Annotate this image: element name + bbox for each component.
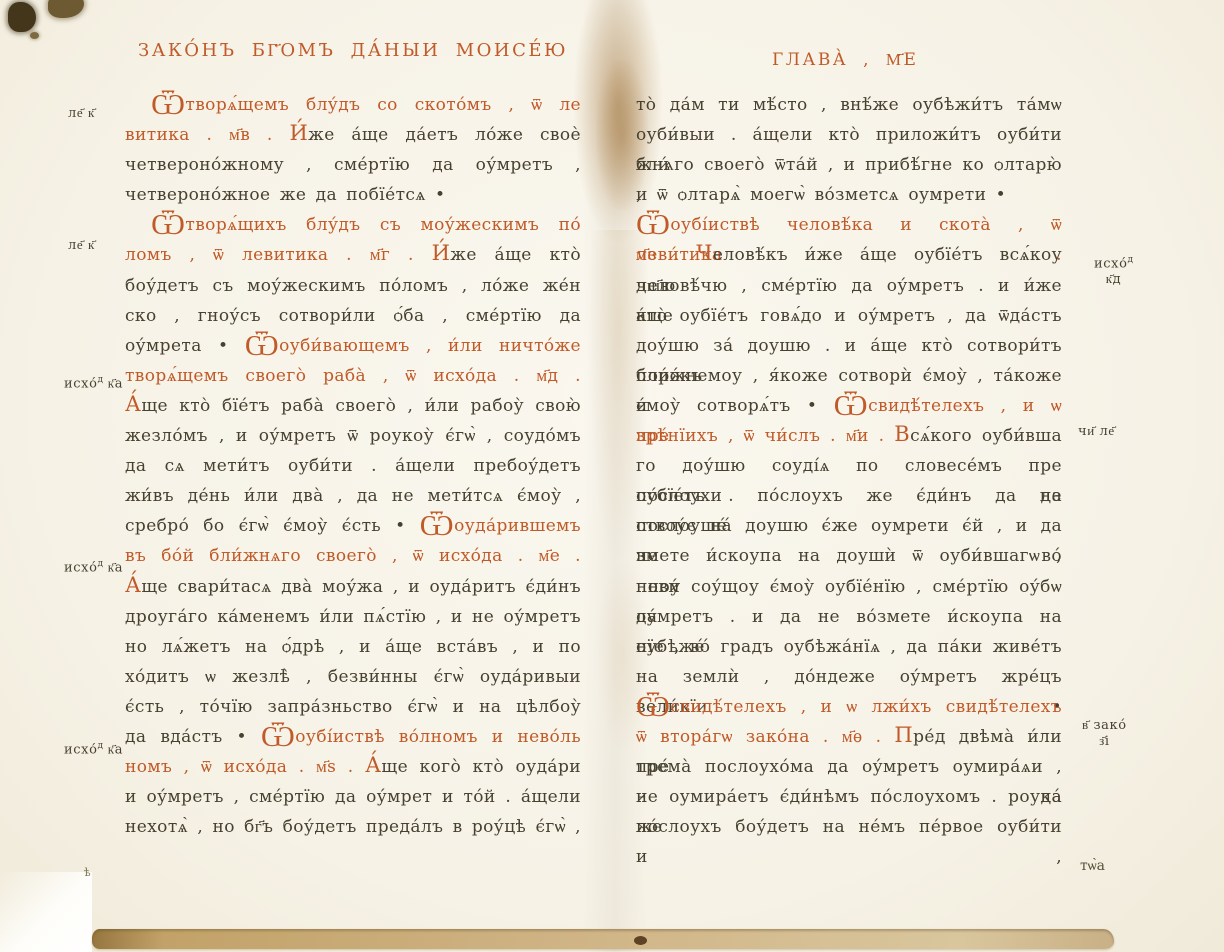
text-line: ломъ , ѿ левитика . м҃г . И́же а́ще кто̀ <box>125 240 581 270</box>
text-segment: А́ <box>365 753 381 777</box>
text-line: номъ , ѿ исхо́да . м҃ѕ . А́ще кого̀ кто̀… <box>125 752 581 782</box>
text-segment: и оу́мретъ , сме́ртїю да оу́мрет и то́й … <box>125 787 581 807</box>
text-line: на землѝ , до́ндеже оу́мретъ жре́цъ вели… <box>636 662 1062 692</box>
text-line: зрѣ́нїихъ , ѿ чи́слъ . м҃и . Всѧ́кого оу… <box>636 421 1062 451</box>
text-segment: П <box>894 723 913 747</box>
text-line: А́ще кто̀ бїе́тъ раба̀ своего̀ , и́ли ра… <box>125 391 581 421</box>
text-segment: в҃ зако́ <box>1082 718 1127 733</box>
margin-note-left: ле҃ к҃ <box>68 238 95 254</box>
text-line: ѿ втора́гѡ зако́на . м҃ѳ . Пре́д двѣма̀ … <box>636 722 1062 752</box>
text-line: ствоу́є на́ доушю є́же оумрети є́й , и д… <box>636 511 1062 541</box>
text-segment: зрѣ́нїихъ , ѿ чи́слъ . м҃и . <box>636 426 894 446</box>
text-line: оу́мрета • Ѿоуби́вающемъ , и́ли ничто́же <box>125 331 581 361</box>
text-line: трема̀ послоухо́ма да оу́мретъ оумира́ѧи… <box>636 752 1062 782</box>
left-running-title: ЗАКО́НЪ БГ҃ОМЪ ДА́НЫИ МОИСЕ́Ю <box>125 40 581 61</box>
text-segment: ѿ втора́гѡ зако́на . м҃ѳ . <box>636 727 894 747</box>
text-segment: же а́ще кто̀ <box>450 245 581 265</box>
text-segment: є́моу̀ сотворѧ́тъ • <box>636 396 834 416</box>
text-segment: хо́дитъ ѡ жезлѣ̀ , безви́нны є́гѡ̀ оуда́… <box>125 667 581 687</box>
rubric-drop-cap: Ѿ <box>420 508 454 542</box>
text-segment: оу́мрета • <box>125 336 245 356</box>
text-line: творѧ́щемъ своего̀ раба̀ , ѿ исхо́да . м… <box>125 361 581 391</box>
text-segment: творѧ́щемъ блу́дъ со ското́мъ , ѿ ле <box>185 95 581 115</box>
text-segment: четвероно́жное же да побїе́тсѧ • <box>125 185 445 205</box>
text-segment: к҃а <box>103 376 123 391</box>
text-segment: номъ , ѿ исхо́да . м҃ѕ . <box>125 757 365 777</box>
margin-note-line: з҃і <box>1082 734 1127 750</box>
margin-note-line: в҃ зако́ <box>1082 718 1127 734</box>
text-line: жезло́мъ , и оу́мретъ ѿ роукоу̀ є́гѡ̀ , … <box>125 421 581 451</box>
text-line: є́моу̀ сотворѧ́тъ • Ѿсвидѣ́телехъ , и ѡ … <box>636 391 1062 421</box>
right-text-column: то̀ да́м ти мѣ́сто , внѣ́же оубѣжи́тъ та… <box>636 90 1062 842</box>
rubric-drop-cap: Ѿ <box>636 207 670 241</box>
margin-note-line: ле҃ к҃ <box>68 106 95 122</box>
text-line: то̀ да́м ти мѣ́сто , внѣ́же оубѣжи́тъ та… <box>636 90 1062 120</box>
text-line: человѣ́чю , сме́ртїю да оу́мретъ . и и́ж… <box>636 271 1062 301</box>
text-line: хо́дитъ ѡ жезлѣ̀ , безви́нны є́гѡ̀ оуда́… <box>125 662 581 692</box>
text-line: кто̀ оубїе́тъ говѧ́до и оу́мретъ , да ѿд… <box>636 301 1062 331</box>
margin-note-right: чи҃ ле҃ <box>1078 424 1115 440</box>
rubric-drop-cap: Ѿ <box>151 87 185 121</box>
text-line: жнѧго своего̀ ѿта́й , и прибѣ́гне ко ѻлт… <box>636 150 1062 180</box>
text-segment: исхо́ <box>64 560 98 575</box>
text-line: доу́шю за́ доушю . и а́ще кто̀ сотвори́т… <box>636 331 1062 361</box>
text-line: змете и́скоупа на доушѝ ѿ оуби́вшагѡ , п… <box>636 541 1062 571</box>
text-line: Ѿсвидѣ́телехъ , и ѡ лжи́хъ свидѣ́телехъ <box>636 692 1062 722</box>
text-segment: исхо́ <box>64 742 98 757</box>
margin-note-line: исхо́д <box>1094 252 1133 272</box>
text-segment: же а́ще да́етъ ло́же своѐ <box>308 125 581 145</box>
text-segment: дроуга́го ка́менемъ и́ли пѧ́стїю , и не … <box>125 607 581 627</box>
text-segment: ще свари́тасѧ два̀ моу́жа , и оуда́ритъ … <box>141 577 581 597</box>
text-line: боу́детъ съ моу́жескимъ по́ломъ , ло́же … <box>125 271 581 301</box>
text-segment: свидѣ́телехъ , и ѡ лжи́хъ свидѣ́телехъ <box>670 697 1062 717</box>
margin-note-left: ле҃ к҃ <box>68 106 95 122</box>
margin-note-line: чи҃ ле҃ <box>1078 424 1115 440</box>
text-segment: жезло́мъ , и оу́мретъ ѿ роукоу̀ є́гѡ̀ , … <box>125 426 581 446</box>
text-segment: да вда́стъ • <box>125 727 261 747</box>
text-line: въ бо́й бли́жнѧго своего̀ , ѿ исхо́да . … <box>125 541 581 571</box>
text-line: А́ще свари́тасѧ два̀ моу́жа , и оуда́рит… <box>125 572 581 602</box>
text-line: Ѿтворѧ́щемъ блу́дъ со ското́мъ , ѿ ле <box>125 90 581 120</box>
text-segment: к҃а <box>103 742 123 757</box>
text-line: жи́въ де́нь и́ли два̀ , да не мети́тсѧ є… <box>125 481 581 511</box>
superscript-letter: д <box>1128 255 1134 265</box>
text-line: ско , гноу́съ сотвори́ли ѻ́ба , сме́ртїю… <box>125 301 581 331</box>
text-segment: И́ <box>432 241 451 265</box>
text-line: не оумира́етъ є́ди́нѣмъ по́слоухомъ . ро… <box>636 782 1062 812</box>
text-segment: сѧ́кого оуби́вша <box>910 426 1062 446</box>
text-segment: нїе , во́ градъ оубѣжа́нїѧ , да па́ки жи… <box>636 637 1062 657</box>
rubric-drop-cap: Ѿ <box>261 719 295 753</box>
rubric-drop-cap: Ѿ <box>245 328 279 362</box>
text-segment: ломъ , ѿ левитика . м҃г . <box>125 245 432 265</box>
text-line: Ѿтворѧ́щихъ блу́дъ съ моу́жескимъ по́ <box>125 210 581 240</box>
text-segment: к҃д <box>1106 272 1122 287</box>
text-line: нноу соу́щоу є́моу̀ оубїе́нїю , сме́ртїю… <box>636 572 1062 602</box>
text-segment: то̀ да́м ти мѣ́сто , внѣ́же оубѣжи́тъ та… <box>636 95 1062 115</box>
text-segment: исхо́ <box>64 376 98 391</box>
text-segment: жи́въ де́нь и́ли два̀ , да не мети́тсѧ є… <box>125 486 581 506</box>
margin-note-right: в҃ зако́з҃і <box>1082 718 1127 750</box>
text-line: оубїе́тъ . по́слоухъ же є́ди́нъ да не по… <box>636 481 1062 511</box>
page-edge-speck <box>634 936 647 945</box>
margin-note-left: исхо́д к҃а <box>64 738 123 758</box>
text-segment: оуда́рившемъ <box>454 516 581 536</box>
text-segment: нехотѧ̀ , но бг҃ъ боу́детъ преда́лъ в ро… <box>125 817 581 837</box>
margin-note-line: исхо́д к҃а <box>64 372 123 392</box>
text-segment: кто̀ оубїе́тъ говѧ́до и оу́мретъ , да ѿд… <box>636 306 1062 326</box>
text-segment: но лѧ́жетъ на ѻ́дрѣ , и а́ще вста́въ , и… <box>125 637 581 657</box>
text-segment: да сѧ мети́тъ оуби́ти . а́щели пребоу́де… <box>125 456 581 476</box>
text-segment: ле҃ к҃ <box>68 106 95 121</box>
text-line: нехотѧ̀ , но бг҃ъ боу́детъ преда́лъ в ро… <box>125 812 581 842</box>
margin-note-left: исхо́д к҃а <box>64 556 123 576</box>
margin-note-line: ле҃ к҃ <box>68 238 95 254</box>
rubric-drop-cap: Ѿ <box>636 689 670 723</box>
text-segment: є́сть , то́чїю запра́зньство є́гѡ̀ и на … <box>125 697 581 717</box>
text-segment: въ бо́й бли́жнѧго своего̀ , ѿ исхо́да . … <box>125 546 581 566</box>
text-segment: И́ <box>289 121 308 145</box>
text-line: четвероно́жное же да побїе́тсѧ • <box>125 180 581 210</box>
text-segment: по́слоухъ боу́детъ на не́мъ пе́рвое оуби… <box>636 817 1062 867</box>
text-line: сребро́ бо є́гѡ̀ є́моу̀ є́сть • Ѿоуда́ри… <box>125 511 581 541</box>
text-segment: А́ <box>125 392 141 416</box>
book-scan-spread: ЗАКО́НЪ БГ҃ОМЪ ДА́НЫИ МОИСЕ́Ю ГЛАВА̀ , М… <box>0 0 1224 952</box>
text-line: и ѿ ѻлтарѧ̀ моегѡ̀ во́зметсѧ оумрети • <box>636 180 1062 210</box>
text-segment: Ч <box>696 241 713 265</box>
text-segment: А́ <box>125 573 141 597</box>
text-segment: к҃а <box>103 560 123 575</box>
text-segment: В <box>894 422 910 446</box>
text-segment: оубі́иствѣ во́лномъ и нево́ль <box>295 727 581 747</box>
text-segment: ще кого̀ кто̀ оуда́ри <box>381 757 581 777</box>
ink-stain-corner-light <box>48 0 84 18</box>
text-line: витика . м҃в . И́же а́ще да́етъ ло́же св… <box>125 120 581 150</box>
text-segment: исхо́ <box>1094 256 1128 271</box>
text-line: дроуга́го ка́менемъ и́ли пѧ́стїю , и не … <box>125 602 581 632</box>
rubric-drop-cap: Ѿ <box>834 388 868 422</box>
margin-note-left: исхо́д к҃а <box>64 372 123 392</box>
margin-note-right: исхо́дк҃д <box>1094 252 1133 288</box>
text-segment: ле҃ к҃ <box>68 238 95 253</box>
text-line: по́слоухъ боу́детъ на не́мъ пе́рвое оуби… <box>636 812 1062 842</box>
text-line: оуби́выи . а́щели кто̀ приложи́тъ оуби́т… <box>636 120 1062 150</box>
margin-note-line: исхо́д к҃а <box>64 556 123 576</box>
text-line: м҃з . Человѣ́къ и́же а́ще оубїе́тъ всѧ́к… <box>636 240 1062 270</box>
page-corner-highlight <box>0 872 92 952</box>
text-segment: четвероно́жному , сме́ртїю да оу́мретъ , <box>125 155 581 175</box>
text-line: но лѧ́жетъ на ѻ́дрѣ , и а́ще вста́въ , и… <box>125 632 581 662</box>
text-line: є́сть , то́чїю запра́зньство є́гѡ̀ и на … <box>125 692 581 722</box>
text-line: нїе , во́ градъ оубѣжа́нїѧ , да па́ки жи… <box>636 632 1062 662</box>
text-segment: творѧ́щихъ блу́дъ съ моу́жескимъ по́ <box>185 215 581 235</box>
right-running-title: ГЛАВА̀ , М҃Е <box>772 50 918 70</box>
margin-note-line: исхо́д к҃а <box>64 738 123 758</box>
text-line: и оу́мретъ , сме́ртїю да оу́мрет и то́й … <box>125 782 581 812</box>
text-segment: чи҃ ле҃ <box>1078 424 1115 439</box>
ink-stain-corner-dark <box>8 2 36 32</box>
text-segment: ще кто̀ бїе́тъ раба̀ своего̀ , и́ли рабо… <box>141 396 581 416</box>
text-line: Ѿоубі́иствѣ человѣ́ка и скота̀ , ѿ леви́… <box>636 210 1062 240</box>
text-line: да вда́стъ • Ѿоубі́иствѣ во́лномъ и нево… <box>125 722 581 752</box>
rubric-drop-cap: Ѿ <box>151 207 185 241</box>
text-segment: сребро́ бо є́гѡ̀ є́моу̀ є́сть • <box>125 516 420 536</box>
text-line: четвероно́жному , сме́ртїю да оу́мретъ , <box>125 150 581 180</box>
text-segment: оуби́вающемъ , и́ли ничто́же <box>279 336 581 356</box>
text-segment: боу́детъ съ моу́жескимъ по́ломъ , ло́же … <box>125 276 581 296</box>
signature-mark: ѣ <box>84 866 91 879</box>
text-segment: и ѿ ѻлтарѧ̀ моегѡ̀ во́зметсѧ оумрети • <box>636 185 1006 205</box>
text-line: бли́жнемоу , я́коже сотворѝ є́моу̀ , та́… <box>636 361 1062 391</box>
text-segment: творѧ́щемъ своего̀ раба̀ , ѿ исхо́да . м… <box>125 366 581 386</box>
text-segment: м҃з . <box>636 245 696 265</box>
catchword: тѡ̀а <box>1080 858 1105 875</box>
text-segment: ско , гноу́съ сотвори́ли ѻ́ба , сме́ртїю… <box>125 306 581 326</box>
ink-stain-speck <box>30 32 39 39</box>
left-text-column: Ѿтворѧ́щемъ блу́дъ со ското́мъ , ѿ левит… <box>125 90 581 842</box>
text-line: го доу́шю соуді́ѧ по словесе́мъ пре по́с… <box>636 451 1062 481</box>
text-line: оу́мретъ . и да не во́змете и́скоупа на … <box>636 602 1062 632</box>
margin-note-line: к҃д <box>1094 272 1133 288</box>
page-edge-band <box>92 929 1114 949</box>
text-segment: витика . м҃в . <box>125 125 289 145</box>
text-line: да сѧ мети́тъ оуби́ти . а́щели пребоу́де… <box>125 451 581 481</box>
text-segment: з҃і <box>1099 734 1110 749</box>
